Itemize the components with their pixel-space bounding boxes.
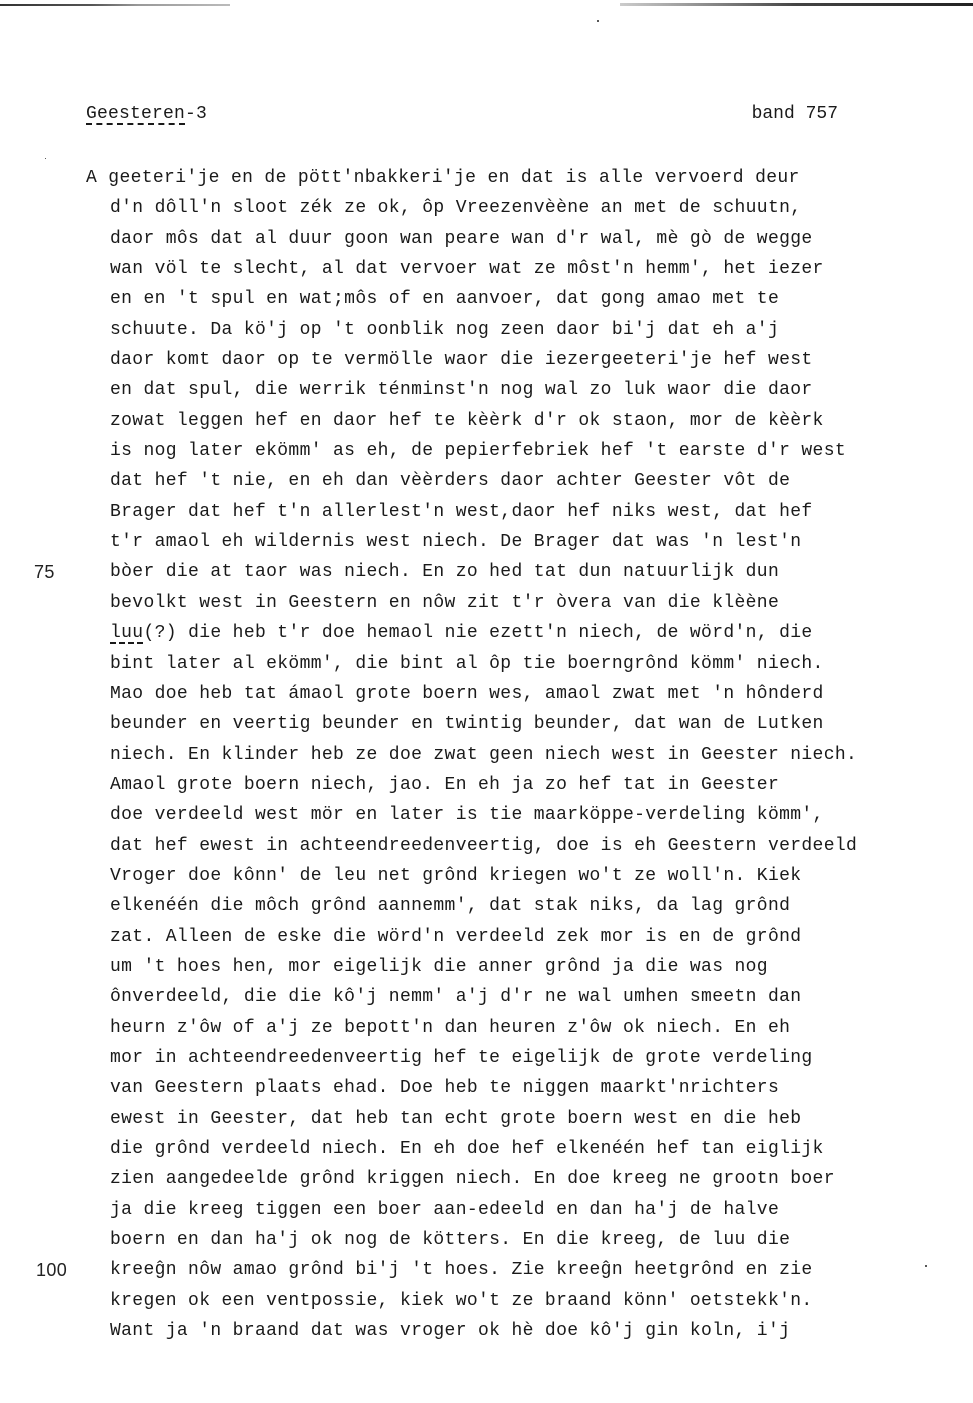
line-text-content: wan völ te slecht, al dat vervoer wat ze…: [110, 259, 824, 279]
transcript-line: Vroger doe kônn' de leu net grônd kriege…: [86, 861, 966, 891]
line-text-content: heurn z'ôw of a'j ze bepott'n dan heuren…: [110, 1018, 790, 1038]
line-text-content: mor in achteendreedenveertig hef te eige…: [110, 1048, 813, 1068]
transcript-line: luu(?) die heb t'r doe hemaol nie ezett'…: [86, 618, 966, 648]
line-text: Amaol grote boern niech, jao. En eh ja z…: [110, 770, 779, 800]
line-text: daor komt daor op te vermölle waor die i…: [110, 345, 813, 375]
line-text: ônverdeeld, die die kô'j nemm' a'j d'r n…: [110, 982, 801, 1012]
line-text-content: kregen ok een ventpossie, kiek wo't ze b…: [110, 1291, 813, 1311]
line-text-content: ewest in Geester, dat heb tan echt grote…: [110, 1109, 801, 1129]
transcript-line: doe verdeeld west mör en later is tie ma…: [86, 800, 966, 830]
scan-edge-top-left: [0, 4, 230, 6]
transcript-line: zien aangedeelde grônd kriggen niech. En…: [86, 1164, 966, 1194]
line-text: A geeteri'je en de pött'nbakkeri'je en d…: [86, 163, 800, 193]
line-text-content: zowat leggen hef en daor hef te kèèrk d'…: [110, 411, 824, 431]
line-text: kregen ok een ventpossie, kiek wo't ze b…: [110, 1286, 813, 1316]
scan-edge-top-right: [620, 3, 973, 6]
line-text: elkenéén die môch grônd aannemm', dat st…: [110, 891, 790, 921]
line-text-content: en en 't spul en wat;môs of en aanvoer, …: [110, 289, 779, 309]
line-number: 100: [36, 1255, 67, 1285]
line-text-content: zien aangedeelde grônd kriggen niech. En…: [110, 1169, 835, 1189]
transcript-line: en dat spul, die werrik ténminst'n nog w…: [86, 375, 966, 405]
transcript-line: schuute. Da kö'j op 't oonblik nog zeen …: [86, 315, 966, 345]
line-text: schuute. Da kö'j op 't oonblik nog zeen …: [110, 315, 779, 345]
line-text: ja die kreeg tiggen een boer aan-edeeld …: [110, 1195, 779, 1225]
transcript-line: t'r amaol eh wildernis west niech. De Br…: [86, 527, 966, 557]
line-text-content: zat. Alleen de eske die wörd'n verdeeld …: [110, 927, 801, 947]
transcript-line: bevolkt west in Geestern en nôw zit t'r …: [86, 588, 966, 618]
line-text: bòer die at taor was niech. En zo hed ta…: [110, 557, 779, 587]
transcript-line: Want ja 'n braand dat was vroger ok hè d…: [86, 1316, 966, 1346]
line-text-content: ja die kreeg tiggen een boer aan-edeeld …: [110, 1200, 779, 1220]
line-text-content: t'r amaol eh wildernis west niech. De Br…: [110, 532, 801, 552]
line-text: ewest in Geester, dat heb tan echt grote…: [110, 1104, 801, 1134]
line-text-content: Brager dat hef t'n allerlest'n west,daor…: [110, 502, 813, 522]
transcript-body: A geeteri'je en de pött'nbakkeri'je en d…: [86, 163, 966, 1346]
document-title: Geesteren-3: [86, 101, 207, 127]
line-text-content: daor môs dat al duur goon wan peare wan …: [110, 229, 813, 249]
band-label: band 757: [752, 101, 838, 127]
line-text-content: um 't hoes hen, mor eigelijk die anner g…: [110, 957, 768, 977]
line-text-content: ônverdeeld, die die kô'j nemm' a'j d'r n…: [110, 987, 801, 1007]
line-text: zowat leggen hef en daor hef te kèèrk d'…: [110, 406, 824, 436]
line-text: daor môs dat al duur goon wan peare wan …: [110, 224, 813, 254]
transcript-line: Brager dat hef t'n allerlest'n west,daor…: [86, 497, 966, 527]
line-text: die grônd verdeeld niech. En eh doe hef …: [110, 1134, 824, 1164]
line-text: d'n dôll'n sloot zék ze ok, ôp Vreezenvè…: [110, 193, 801, 223]
line-text: Want ja 'n braand dat was vroger ok hè d…: [110, 1316, 790, 1346]
transcript-line: dat hef ewest in achteendreedenveertig, …: [86, 831, 966, 861]
line-text: dat hef ewest in achteendreedenveertig, …: [110, 831, 857, 861]
transcript-line: wan völ te slecht, al dat vervoer wat ze…: [86, 254, 966, 284]
line-text-content: is nog later ekömm' as eh, de pepierfebr…: [110, 441, 846, 461]
transcript-line: zat. Alleen de eske die wörd'n verdeeld …: [86, 922, 966, 952]
line-text: bint later al ekömm', die bint al ôp tie…: [110, 649, 824, 679]
line-text-content: kreeĝn nôw amao grônd bi'j 't hoes. Zie …: [110, 1260, 813, 1280]
line-text: t'r amaol eh wildernis west niech. De Br…: [110, 527, 801, 557]
transcript-line: dat hef 't nie, en eh dan vèèrders daor …: [86, 466, 966, 496]
line-text-content: daor komt daor op te vermölle waor die i…: [110, 350, 813, 370]
line-text-content: schuute. Da kö'j op 't oonblik nog zeen …: [110, 320, 779, 340]
line-text-content: bòer die at taor was niech. En zo hed ta…: [110, 562, 779, 582]
transcript-line: van Geestern plaats ehad. Doe heb te nig…: [86, 1073, 966, 1103]
line-text-content: die grônd verdeeld niech. En eh doe hef …: [110, 1139, 824, 1159]
line-text: Vroger doe kônn' de leu net grônd kriege…: [110, 861, 801, 891]
line-text: bevolkt west in Geestern en nôw zit t'r …: [110, 588, 779, 618]
transcript-line: heurn z'ôw of a'j ze bepott'n dan heuren…: [86, 1013, 966, 1043]
transcript-line: en en 't spul en wat;môs of en aanvoer, …: [86, 284, 966, 314]
line-text-content: (?) die heb t'r doe hemaol nie ezett'n n…: [143, 623, 812, 643]
transcript-line: bint later al ekömm', die bint al ôp tie…: [86, 649, 966, 679]
transcript-line: kregen ok een ventpossie, kiek wo't ze b…: [86, 1286, 966, 1316]
transcript-line: ewest in Geester, dat heb tan echt grote…: [86, 1104, 966, 1134]
transcript-line: 75bòer die at taor was niech. En zo hed …: [86, 557, 966, 587]
line-text: Mao doe heb tat ámaol grote boern wes, a…: [110, 679, 824, 709]
line-text: dat hef 't nie, en eh dan vèèrders daor …: [110, 466, 790, 496]
line-text-content: van Geestern plaats ehad. Doe heb te nig…: [110, 1078, 779, 1098]
line-text: zien aangedeelde grônd kriggen niech. En…: [110, 1164, 835, 1194]
document-title-underlined: Geesteren: [86, 104, 185, 124]
transcript-line: elkenéén die môch grônd aannemm', dat st…: [86, 891, 966, 921]
line-text: is nog later ekömm' as eh, de pepierfebr…: [110, 436, 846, 466]
transcript-line: 100kreeĝn nôw amao grônd bi'j 't hoes. Z…: [86, 1255, 966, 1285]
line-text: zat. Alleen de eske die wörd'n verdeeld …: [110, 922, 801, 952]
transcript-line: mor in achteendreedenveertig hef te eige…: [86, 1043, 966, 1073]
line-text-content: d'n dôll'n sloot zék ze ok, ôp Vreezenvè…: [110, 198, 801, 218]
line-text-content: dat hef 't nie, en eh dan vèèrders daor …: [110, 471, 790, 491]
line-number: 75: [34, 557, 55, 587]
line-text-content: Vroger doe kônn' de leu net grônd kriege…: [110, 866, 801, 886]
line-text-content: dat hef ewest in achteendreedenveertig, …: [110, 836, 857, 856]
line-text: Brager dat hef t'n allerlest'n west,daor…: [110, 497, 813, 527]
page-header: Geesteren-3 band 757: [86, 101, 846, 127]
transcript-line: boern en dan ha'j ok nog de kötters. En …: [86, 1225, 966, 1255]
line-text: luu(?) die heb t'r doe hemaol nie ezett'…: [110, 618, 813, 648]
line-text-content: niech. En klinder heb ze doe zwat geen n…: [110, 745, 857, 765]
line-text: kreeĝn nôw amao grônd bi'j 't hoes. Zie …: [110, 1255, 813, 1285]
line-text: boern en dan ha'j ok nog de kötters. En …: [110, 1225, 790, 1255]
line-text-content: beunder en veertig beunder en twintig be…: [110, 714, 824, 734]
transcript-line: Amaol grote boern niech, jao. En eh ja z…: [86, 770, 966, 800]
line-text-content: doe verdeeld west mör en later is tie ma…: [110, 805, 824, 825]
line-text: en dat spul, die werrik ténminst'n nog w…: [110, 375, 813, 405]
line-text: mor in achteendreedenveertig hef te eige…: [110, 1043, 813, 1073]
line-text: beunder en veertig beunder en twintig be…: [110, 709, 824, 739]
line-text-content: Want ja 'n braand dat was vroger ok hè d…: [110, 1321, 790, 1341]
transcript-line: niech. En klinder heb ze doe zwat geen n…: [86, 740, 966, 770]
transcript-line: d'n dôll'n sloot zék ze ok, ôp Vreezenvè…: [86, 193, 966, 223]
transcript-line: Mao doe heb tat ámaol grote boern wes, a…: [86, 679, 966, 709]
line-text-content: Amaol grote boern niech, jao. En eh ja z…: [110, 775, 779, 795]
transcript-line: is nog later ekömm' as eh, de pepierfebr…: [86, 436, 966, 466]
transcript-line: daor komt daor op te vermölle waor die i…: [86, 345, 966, 375]
transcript-line: um 't hoes hen, mor eigelijk die anner g…: [86, 952, 966, 982]
line-text-content: bint later al ekömm', die bint al ôp tie…: [110, 654, 824, 674]
underlined-uncertain-word: luu: [110, 623, 143, 643]
scan-speck: [45, 158, 46, 159]
transcript-line: beunder en veertig beunder en twintig be…: [86, 709, 966, 739]
line-text: heurn z'ôw of a'j ze bepott'n dan heuren…: [110, 1013, 790, 1043]
transcript-line: die grônd verdeeld niech. En eh doe hef …: [86, 1134, 966, 1164]
line-text: en en 't spul en wat;môs of en aanvoer, …: [110, 284, 779, 314]
line-text-content: en dat spul, die werrik ténminst'n nog w…: [110, 380, 813, 400]
document-title-suffix: -3: [185, 104, 207, 124]
line-text: van Geestern plaats ehad. Doe heb te nig…: [110, 1073, 779, 1103]
line-text: wan völ te slecht, al dat vervoer wat ze…: [110, 254, 824, 284]
line-text-content: elkenéén die môch grônd aannemm', dat st…: [110, 896, 790, 916]
transcript-line: A geeteri'je en de pött'nbakkeri'je en d…: [86, 163, 966, 193]
line-text-content: A geeteri'je en de pött'nbakkeri'je en d…: [86, 168, 800, 188]
transcript-line: zowat leggen hef en daor hef te kèèrk d'…: [86, 406, 966, 436]
transcript-line: ja die kreeg tiggen een boer aan-edeeld …: [86, 1195, 966, 1225]
line-text-content: bevolkt west in Geestern en nôw zit t'r …: [110, 593, 779, 613]
line-text-content: boern en dan ha'j ok nog de kötters. En …: [110, 1230, 790, 1250]
line-text: um 't hoes hen, mor eigelijk die anner g…: [110, 952, 768, 982]
line-text-content: Mao doe heb tat ámaol grote boern wes, a…: [110, 684, 824, 704]
transcript-line: ônverdeeld, die die kô'j nemm' a'j d'r n…: [86, 982, 966, 1012]
scan-speck: [597, 20, 599, 22]
line-text: niech. En klinder heb ze doe zwat geen n…: [110, 740, 857, 770]
line-text: doe verdeeld west mör en later is tie ma…: [110, 800, 824, 830]
transcript-line: daor môs dat al duur goon wan peare wan …: [86, 224, 966, 254]
